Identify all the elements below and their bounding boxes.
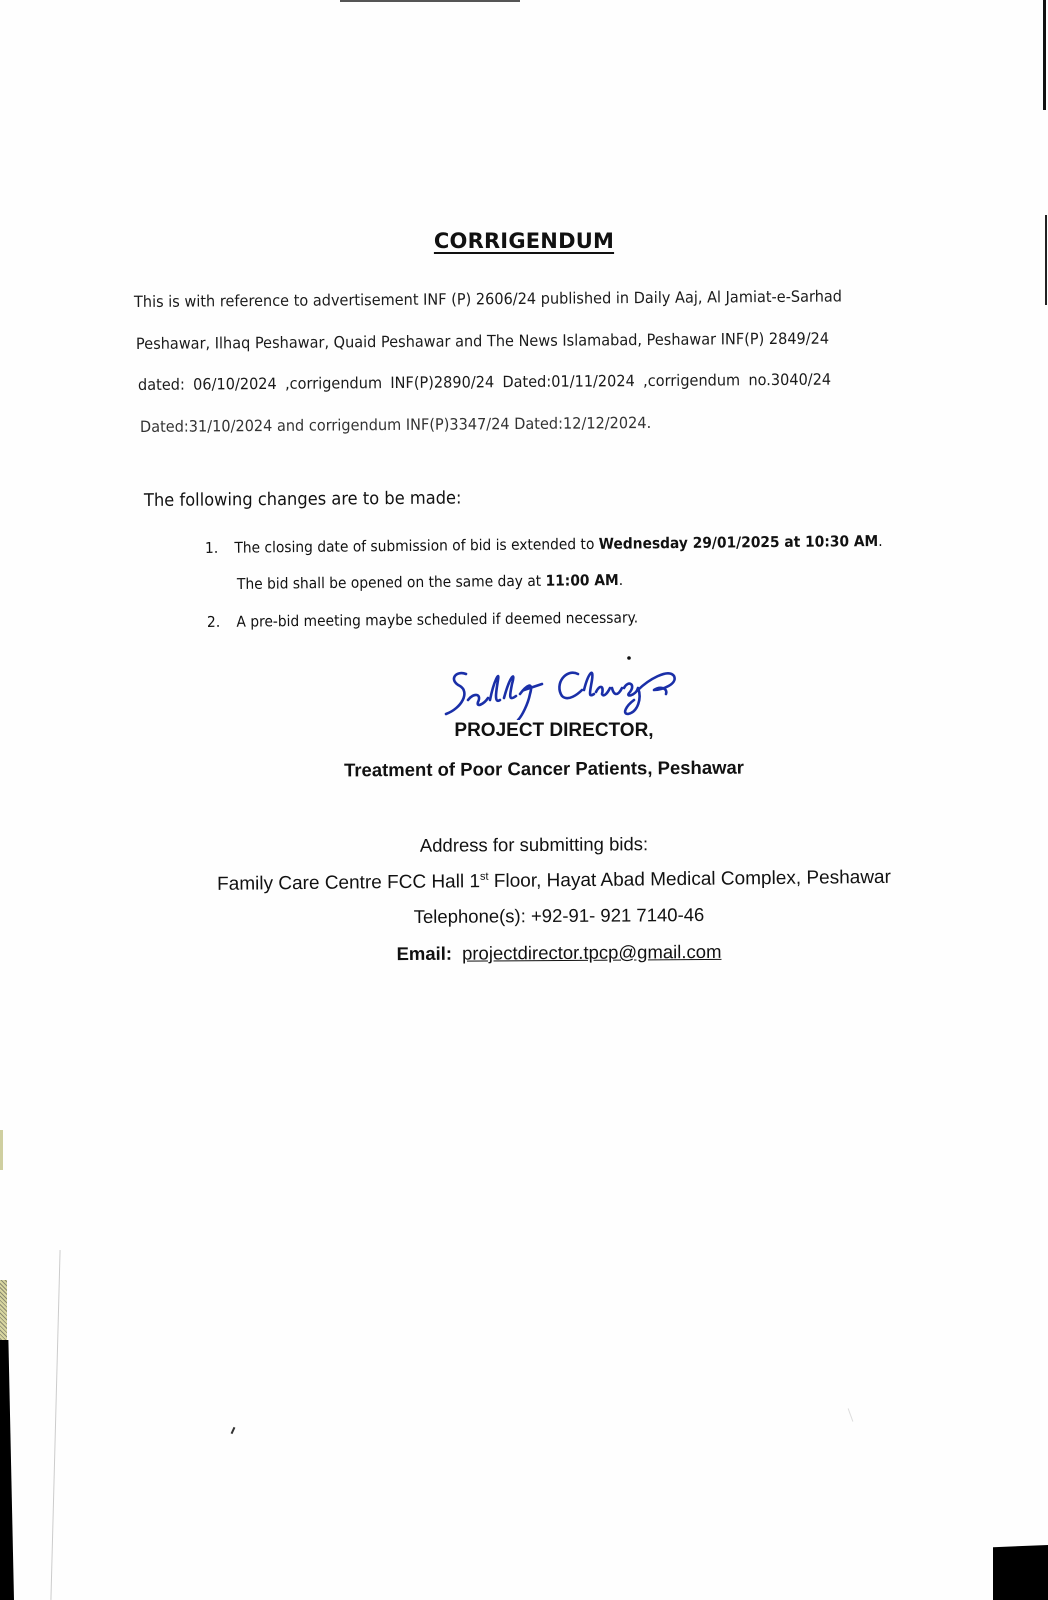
- paragraph-line: Dated:31/10/2024 and corrigendum INF(P)3…: [140, 414, 651, 436]
- scan-edge-left-black: [0, 1340, 14, 1600]
- document-title: CORRIGENDUM: [0, 229, 1048, 253]
- list-number: 1.: [205, 539, 235, 557]
- scan-corner-shadow: [993, 1545, 1048, 1600]
- change-text: A pre-bid meeting maybe scheduled if dee…: [236, 608, 638, 630]
- address: Family Care Centre FCC Hall 1st Floor, H…: [30, 865, 1048, 898]
- change-item-1-continued: The bid shall be opened on the same day …: [237, 571, 623, 593]
- scan-edge-right: [1043, 0, 1046, 110]
- closing-date: Wednesday 29/01/2025 at 10:30 AM: [599, 532, 879, 553]
- address-part: Family Care Centre FCC Hall 1: [217, 871, 480, 895]
- scanned-page: CORRIGENDUM This is with reference to ad…: [0, 0, 1048, 1600]
- email-link[interactable]: projectdirector.tpcp@gmail.com: [462, 941, 722, 964]
- change-text: The bid shall be opened on the same day …: [237, 572, 546, 593]
- changes-intro: The following changes are to be made:: [144, 489, 462, 511]
- paragraph-line: Peshawar, Ilhaq Peshawar, Quaid Peshawar…: [136, 330, 829, 353]
- address-part: Floor, Hayat Abad Medical Complex, Pesha…: [488, 867, 891, 892]
- email-label: Email:: [396, 943, 452, 964]
- signatory-title: PROJECT DIRECTOR,: [30, 720, 1048, 742]
- email-line: Email:projectdirector.tpcp@gmail.com: [35, 938, 1048, 967]
- stray-mark: [231, 1427, 236, 1434]
- paper-fold-line: [50, 1250, 60, 1600]
- signatory-organization: Treatment of Poor Cancer Patients, Pesha…: [20, 754, 1048, 783]
- paragraph-line: dated: 06/10/2024 ,corrigendum INF(P)289…: [138, 371, 831, 394]
- scan-edge-top: [340, 0, 520, 2]
- scan-edge-left-hatch: [0, 1280, 7, 1342]
- address-label: Address for submitting bids:: [10, 830, 1048, 859]
- paragraph-line: This is with reference to advertisement …: [134, 287, 842, 311]
- address-superscript: st: [480, 871, 489, 883]
- stray-mark: [848, 1408, 854, 1421]
- signature-icon: [438, 650, 688, 720]
- punct: .: [619, 571, 624, 589]
- scan-edge-left-faint: [0, 1130, 3, 1170]
- list-number: 2.: [207, 613, 237, 631]
- telephone: Telephone(s): +92-91- 921 7140-46: [35, 901, 1048, 930]
- change-item-1: 1.The closing date of submission of bid …: [205, 532, 883, 557]
- opening-time: 11:00 AM: [545, 571, 618, 590]
- change-text: The closing date of submission of bid is…: [234, 535, 599, 557]
- change-item-2: 2.A pre-bid meeting maybe scheduled if d…: [207, 608, 638, 631]
- punct: .: [878, 532, 883, 550]
